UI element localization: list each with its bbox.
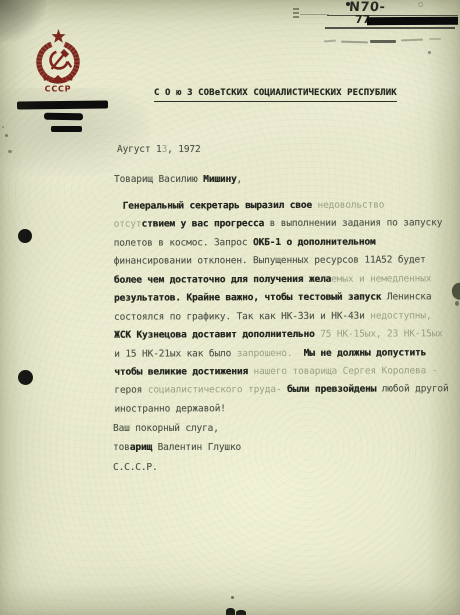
ink-speck [231,596,234,599]
text-segment: , 1972 [167,144,200,155]
text-segment: более чем достаточно для получения жела [114,274,331,286]
text-segment: Валентин Глушко [152,442,241,453]
text-segment: нашего товарища Сергея Королева - [254,365,438,377]
text-segment: и 15 НК-21ых как было [114,348,237,360]
text-segment: Мишину [203,174,236,185]
pencil-scribble [401,39,423,42]
letter-line: состоялся по графику. Так как НК-33и и Н… [114,307,448,327]
text-segment: ОКБ-1 о дополнительном [253,236,376,248]
text-segment: тов [113,442,130,453]
sickle-handle [67,62,71,68]
letter-addressee: Товарищ Василию Мишину, [114,171,242,189]
text-segment: недовольство [317,200,384,211]
redaction-bar [44,113,83,121]
text-segment: любой другой [382,384,449,395]
bottom-ink-mark [236,610,246,615]
text-segment: результатов. Крайне важно, чтобы тестовы… [114,292,387,304]
letter-line: полетов в космос. Запрос ОКБ-1 о дополни… [114,233,448,253]
edge-stain [451,282,460,300]
text-segment: С.С.С.Р. [113,462,158,473]
letter-closing: Ваш покорный слуга, товарищ Валентин Глу… [113,419,241,477]
letter-line: иностранно державой! [114,399,448,419]
pencil-scribble [341,41,368,44]
text-segment: финансировании отклонен. Выпущенных ресу… [114,255,426,267]
scanned-letter-page: N70- 77 о СССР [0,0,460,615]
text-segment: социалистического труда- [148,384,287,396]
letter-line: отсутствием у вас прогресса в выполнении… [114,215,448,235]
letter-line: более чем достаточно для получения желае… [114,270,448,290]
text-segment: героя [114,385,147,396]
redaction-bar-stamp [367,16,458,24]
text-segment: полетов в космос. Запрос [114,237,253,249]
text-segment: емых и немедленных [331,273,431,284]
emblem-label: СССР [45,85,72,94]
text-segment: арищ [130,442,152,453]
text-segment: , [237,174,243,185]
text-segment: Мы не должны допустить [292,347,426,359]
stamp-rule-faint [300,14,329,15]
text-segment: 75 НК-15ых, 23 НК-15ых [320,328,443,340]
text-segment: Ваш покорный слуга, [113,423,219,434]
letter-line: и 15 НК-21ых как было запрошено. Мы не д… [114,344,448,364]
text-segment: иностранно державой! [114,403,225,414]
pencil-scribble [370,40,396,43]
stamp-tick [293,12,299,14]
stamp-faint-mark: о [418,0,424,10]
stamp-tick [293,16,299,18]
ink-speck [2,126,4,128]
text-segment: Аугуст 1 [117,144,162,155]
punch-hole [18,370,33,385]
text-segment: Ленинска [387,292,432,303]
ink-speck [8,150,12,153]
edge-stain [455,301,459,306]
text-segment: в выполнении задания по запуску [270,218,443,230]
hammer-head [62,51,67,56]
redaction-bar [51,126,82,132]
ink-speck [5,134,8,137]
ussr-emblem: СССР [34,27,82,93]
letter-line: ЖСК Кузнецова доставит дополнительно 75 … [114,325,448,345]
ink-speck [428,51,431,54]
letter-line: чтобы великие достижения нашего товарища… [114,362,448,382]
redaction-bar [17,101,108,109]
text-segment: запрошено. [237,347,293,358]
letter-date: Аугуст 13, 1972 [117,141,201,159]
letter-line: героя социалистического труда- были прев… [114,381,448,401]
bottom-ink-mark [226,608,235,615]
text-segment: Товарищ Василию [114,174,203,185]
pencil-scribble [324,40,336,43]
closing-line: Ваш покорный слуга, [113,419,241,438]
text-segment: отсут [114,219,142,230]
stamp-tick [293,8,299,10]
closing-line: С.С.С.Р. [113,458,241,477]
text-segment: были превзойдены [287,384,382,395]
letter-body: Генеральный секретарь выразил свое недов… [114,196,449,419]
pencil-scribble [429,38,441,40]
letterhead-title: С О ю З СОВеТСКИХ СОЦИАЛИСТИЧЕСКИХ РЕСПУ… [154,88,397,102]
text-segment: ЖСК Кузнецова доставит дополнительно [114,329,320,341]
text-segment: ствием у вас прогресса [141,218,269,230]
stamp-rule-bottom [325,27,455,29]
text-segment: чтобы великие достижения [114,366,253,378]
letter-line: финансировании отклонен. Выпущенных ресу… [114,252,448,272]
text-segment: недоступны, [370,310,431,321]
letter-line: результатов. Крайне важно, чтобы тестовы… [114,288,448,308]
star-icon [52,29,66,43]
letter-line: Генеральный секретарь выразил свое недов… [114,196,448,216]
text-segment: состоялся по графику. Так как НК-33и и Н… [114,310,370,322]
punch-hole [18,229,32,243]
closing-line: товарищ Валентин Глушко [113,438,241,457]
text-segment: Генеральный секретарь выразил свое [123,200,318,212]
